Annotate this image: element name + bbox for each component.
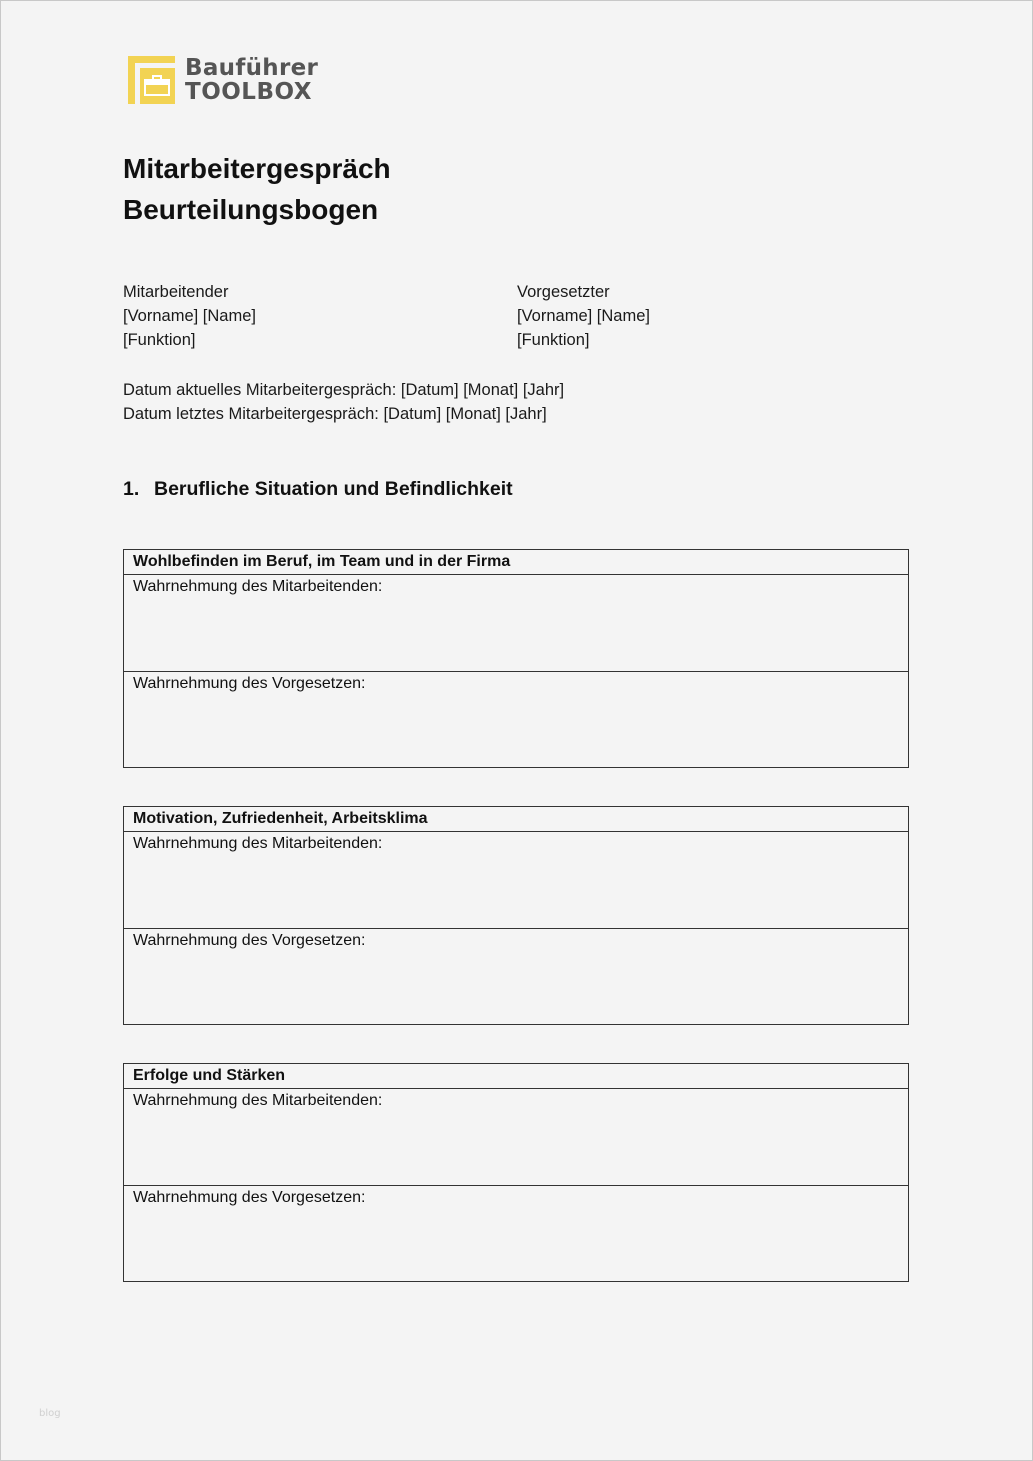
assessment-box-title: Erfolge und Stärken	[124, 1064, 908, 1089]
supervisor-function: [Funktion]	[517, 328, 650, 352]
supervisor-perception-label: Wahrnehmung des Vorgesetzen:	[133, 675, 365, 692]
employee-perception-label: Wahrnehmung des Mitarbeitenden:	[133, 578, 382, 595]
employee-perception-field[interactable]: Wahrnehmung des Mitarbeitenden:	[124, 575, 908, 671]
employee-perception-label: Wahrnehmung des Mitarbeitenden:	[133, 835, 382, 852]
employee-function: [Funktion]	[123, 328, 256, 352]
employee-info: Mitarbeitender [Vorname] [Name] [Funktio…	[123, 280, 256, 352]
supervisor-perception-field[interactable]: Wahrnehmung des Vorgesetzen:	[124, 928, 908, 1024]
title-line2: Beurteilungsbogen	[123, 189, 391, 230]
section-number: 1.	[123, 478, 154, 501]
supervisor-perception-field[interactable]: Wahrnehmung des Vorgesetzen:	[124, 671, 908, 767]
brand-logo: Bauführer TOOLBOX	[128, 56, 318, 104]
logo-text-line2: TOOLBOX	[185, 81, 318, 104]
assessment-box-title: Wohlbefinden im Beruf, im Team und in de…	[124, 550, 908, 575]
supervisor-name: [Vorname] [Name]	[517, 304, 650, 328]
assessment-box: Erfolge und Stärken Wahrnehmung des Mita…	[123, 1063, 909, 1282]
employee-name: [Vorname] [Name]	[123, 304, 256, 328]
title-line1: Mitarbeitergespräch	[123, 148, 391, 189]
supervisor-label: Vorgesetzter	[517, 280, 650, 304]
current-interview-date: Datum aktuelles Mitarbeitergespräch: [Da…	[123, 378, 564, 402]
assessment-box: Wohlbefinden im Beruf, im Team und in de…	[123, 549, 909, 768]
employee-perception-field[interactable]: Wahrnehmung des Mitarbeitenden:	[124, 832, 908, 928]
employee-perception-label: Wahrnehmung des Mitarbeitenden:	[133, 1092, 382, 1109]
employee-perception-field[interactable]: Wahrnehmung des Mitarbeitenden:	[124, 1089, 908, 1185]
assessment-box: Motivation, Zufriedenheit, Arbeitsklima …	[123, 806, 909, 1025]
assessment-box-title: Motivation, Zufriedenheit, Arbeitsklima	[124, 807, 908, 832]
page-title: Mitarbeitergespräch Beurteilungsbogen	[123, 148, 391, 230]
supervisor-perception-field[interactable]: Wahrnehmung des Vorgesetzen:	[124, 1185, 908, 1281]
last-interview-date: Datum letztes Mitarbeitergespräch: [Datu…	[123, 402, 564, 426]
interview-dates: Datum aktuelles Mitarbeitergespräch: [Da…	[123, 378, 564, 426]
logo-text-line1: Bauführer	[185, 57, 318, 80]
section-heading: 1.Berufliche Situation und Befindlichkei…	[123, 478, 513, 501]
watermark: blog	[39, 1408, 61, 1419]
employee-label: Mitarbeitender	[123, 280, 256, 304]
supervisor-info: Vorgesetzter [Vorname] [Name] [Funktion]	[517, 280, 650, 352]
supervisor-perception-label: Wahrnehmung des Vorgesetzen:	[133, 1189, 365, 1206]
supervisor-perception-label: Wahrnehmung des Vorgesetzen:	[133, 932, 365, 949]
section-title: Berufliche Situation und Befindlichkeit	[154, 478, 513, 500]
toolbox-icon	[128, 56, 175, 104]
